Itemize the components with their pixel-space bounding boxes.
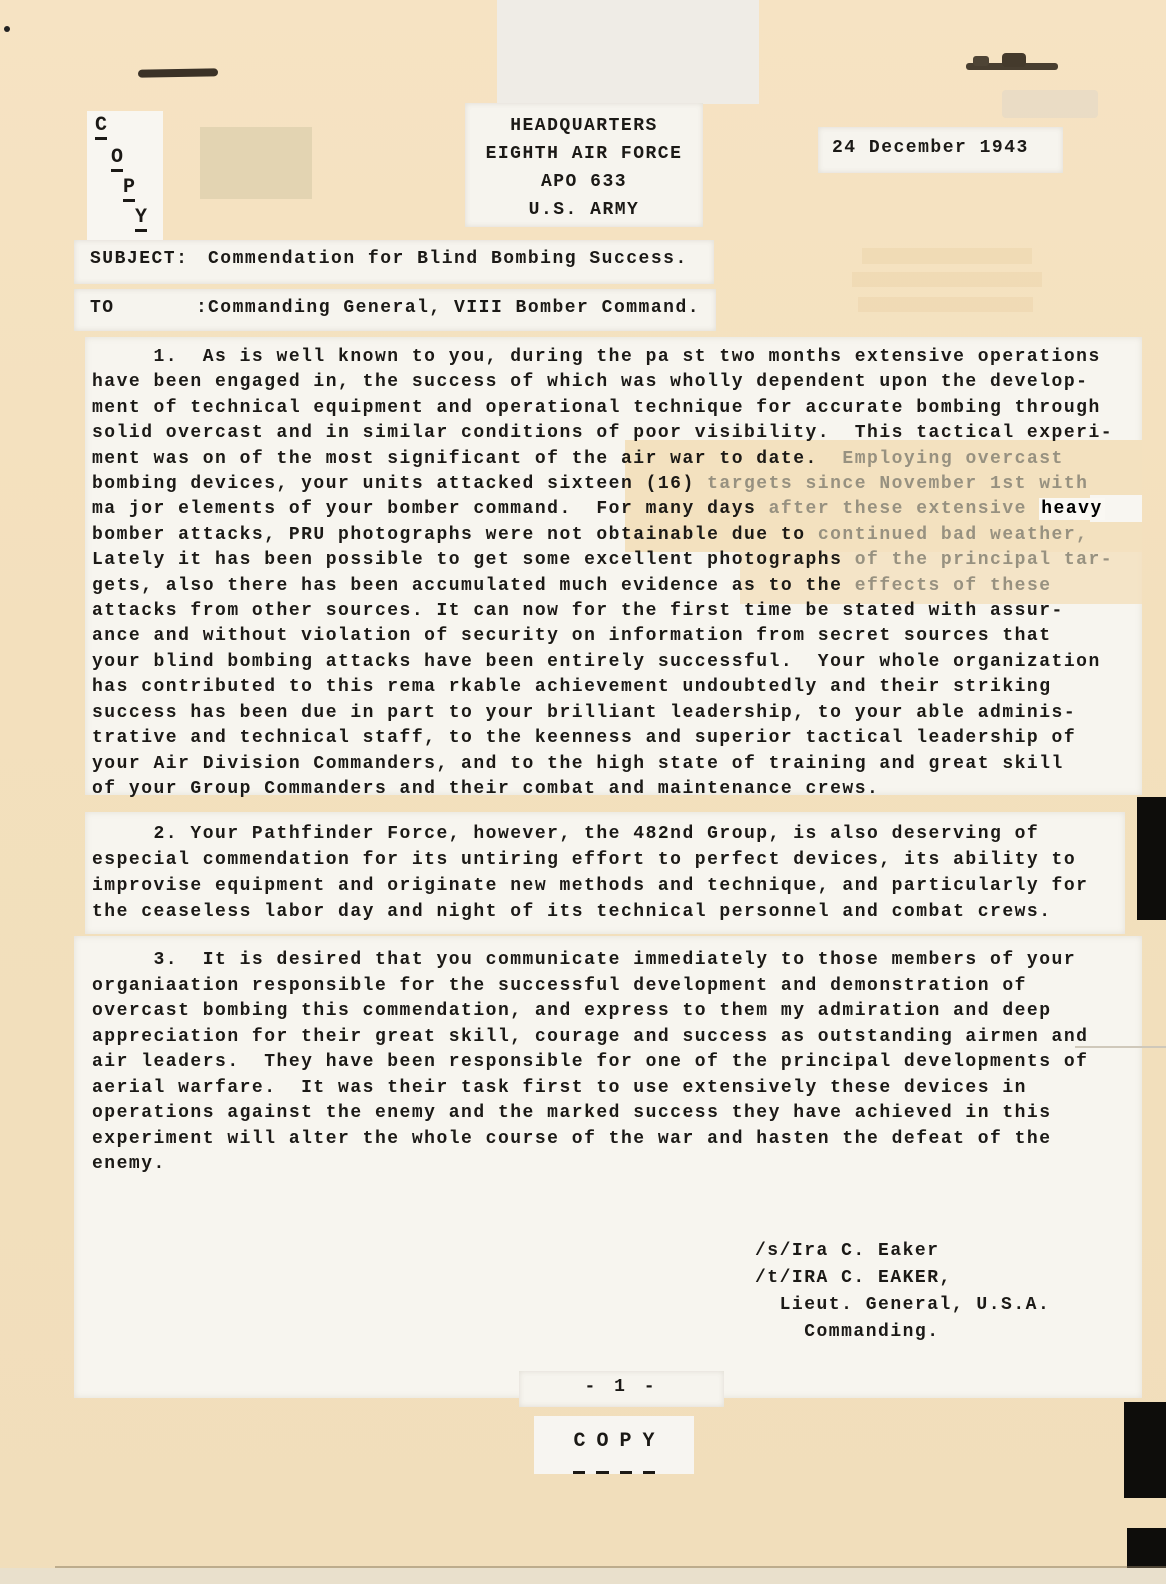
copy-stamp-letter: Y (135, 207, 147, 232)
scan-bottom-strip (0, 1568, 1166, 1584)
pen-silhouette-icon (1002, 53, 1026, 67)
copy-stamp-letter: O (111, 147, 123, 172)
bleed-through-text (852, 272, 1042, 287)
copy-stamp-vertical: C O P Y (87, 111, 163, 243)
scanned-memo-page: { "document": { "copy_stamp": { "letters… (0, 0, 1166, 1584)
to-value: Commanding General, VIII Bomber Command. (208, 298, 700, 318)
copy-stamp-letter: C (573, 1430, 585, 1474)
scan-white-patch (497, 0, 759, 104)
signature-block: /s/Ira C. Eaker /t/IRA C. EAKER, Lieut. … (755, 1238, 1050, 1346)
staple-mark-icon (138, 68, 218, 77)
page-number-text: - 1 - (584, 1377, 658, 1397)
scan-black-bar (1124, 1402, 1166, 1498)
to-label: TO (90, 298, 115, 318)
copy-stamp-footer: COPY (534, 1416, 694, 1474)
subject-label: SUBJECT: (90, 249, 188, 269)
paragraph-1-text: 1. As is well known to you, during the p… (85, 337, 1142, 802)
page-number: - 1 - (519, 1371, 724, 1407)
subject-line: SUBJECT: Commendation for Blind Bombing … (74, 240, 714, 284)
pen-silhouette-icon (973, 56, 989, 66)
copy-stamp-letter: Y (643, 1430, 655, 1474)
to-colon: : (196, 298, 208, 318)
scan-black-bar (1137, 797, 1166, 920)
letterhead-line: APO 633 (465, 168, 703, 196)
paragraph-2: 2. Your Pathfinder Force, however, the 4… (85, 812, 1125, 934)
subject-value: Commendation for Blind Bombing Success. (208, 249, 688, 269)
copy-stamp-letter: P (123, 177, 135, 202)
scan-smudge (1002, 90, 1098, 118)
date-line: 24 December 1943 (818, 127, 1063, 173)
paragraph-3-and-signature: 3. It is desired that you communicate im… (74, 936, 1142, 1398)
letterhead-line: HEADQUARTERS (465, 112, 703, 140)
letterhead: HEADQUARTERS EIGHTH AIR FORCE APO 633 U.… (465, 103, 703, 227)
copy-stamp-letter: C (95, 115, 107, 140)
paragraph-3-text: 3. It is desired that you communicate im… (74, 936, 1142, 1178)
copy-stamp-letter: O (596, 1430, 608, 1474)
paper-discoloration (200, 127, 312, 199)
letterhead-line: EIGHTH AIR FORCE (465, 140, 703, 168)
paragraph-1: 1. As is well known to you, during the p… (85, 337, 1142, 795)
copy-stamp-letter: P (620, 1430, 632, 1474)
document-date: 24 December 1943 (832, 138, 1029, 158)
scan-black-bar (1127, 1528, 1166, 1569)
bleed-through-text (862, 248, 1032, 264)
to-line: TO : Commanding General, VIII Bomber Com… (74, 289, 716, 331)
paragraph-2-text: 2. Your Pathfinder Force, however, the 4… (85, 812, 1125, 925)
scan-speck (4, 26, 10, 32)
letterhead-line: U.S. ARMY (465, 196, 703, 224)
bleed-through-text (858, 297, 1033, 312)
